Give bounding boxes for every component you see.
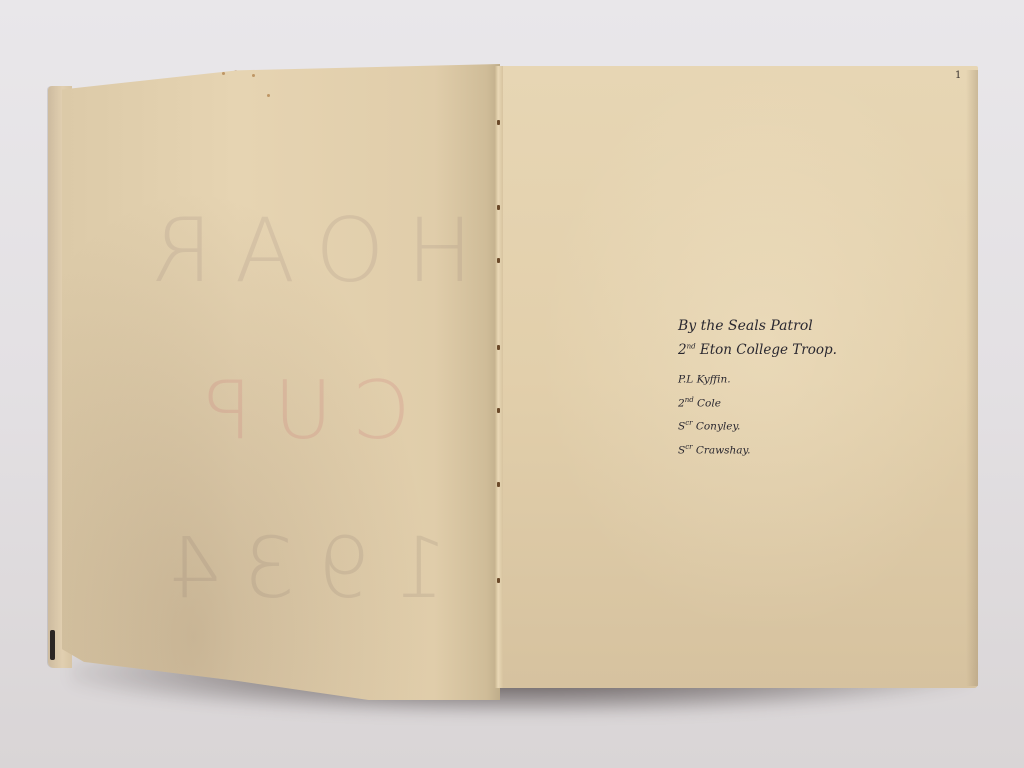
binding-stitch xyxy=(497,258,500,263)
inscription-troop: 2nd Eton College Troop. xyxy=(678,342,837,358)
member-rank: P.L xyxy=(678,374,693,386)
left-page: HOAR CUP 1934 xyxy=(62,64,500,700)
member-name: Cole xyxy=(694,397,721,409)
member-name: Kyffin. xyxy=(693,374,730,386)
binding-stitch xyxy=(497,345,500,350)
binding-stitch xyxy=(497,120,500,125)
book-gutter xyxy=(495,66,503,688)
page-number: 1 xyxy=(955,70,961,81)
page-stack-edge xyxy=(966,70,978,686)
handwritten-inscription: By the Seals Patrol 2nd Eton College Tro… xyxy=(678,318,837,466)
member-rank-sup: nd xyxy=(685,396,694,404)
foxing-spot xyxy=(287,66,290,69)
member-rank: 2 xyxy=(678,397,685,409)
member-entry: P.L Kyffin. xyxy=(678,372,837,386)
binding-stitch xyxy=(497,408,500,413)
member-entry: 2nd Cole xyxy=(678,396,837,410)
cover-spine-corner xyxy=(50,630,55,660)
bleed-through-title: HOAR xyxy=(102,199,500,302)
member-entry: Scr Crawshay. xyxy=(678,443,837,457)
bleed-through-year: 1934 xyxy=(92,519,500,617)
troop-number: 2 xyxy=(678,342,687,358)
inscription-title: By the Seals Patrol xyxy=(678,318,837,334)
member-entry: Scr Conyley. xyxy=(678,419,837,433)
binding-stitch xyxy=(497,205,500,210)
member-name: Conyley. xyxy=(692,421,740,433)
troop-ordinal: nd xyxy=(687,343,696,351)
troop-name: Eton College Troop. xyxy=(696,342,837,358)
foxing-spot xyxy=(252,74,255,77)
foxing-spot xyxy=(267,94,270,97)
bleed-through-cup: CUP xyxy=(92,364,500,457)
binding-stitch xyxy=(497,482,500,487)
foxing-spot xyxy=(222,72,225,75)
photo-scene: HOAR CUP 1934 1 By the Seals Patrol 2nd … xyxy=(0,0,1024,768)
member-name: Crawshay. xyxy=(692,444,750,456)
foxing-spot xyxy=(234,68,237,71)
foxing-spot xyxy=(322,65,325,68)
binding-stitch xyxy=(497,578,500,583)
